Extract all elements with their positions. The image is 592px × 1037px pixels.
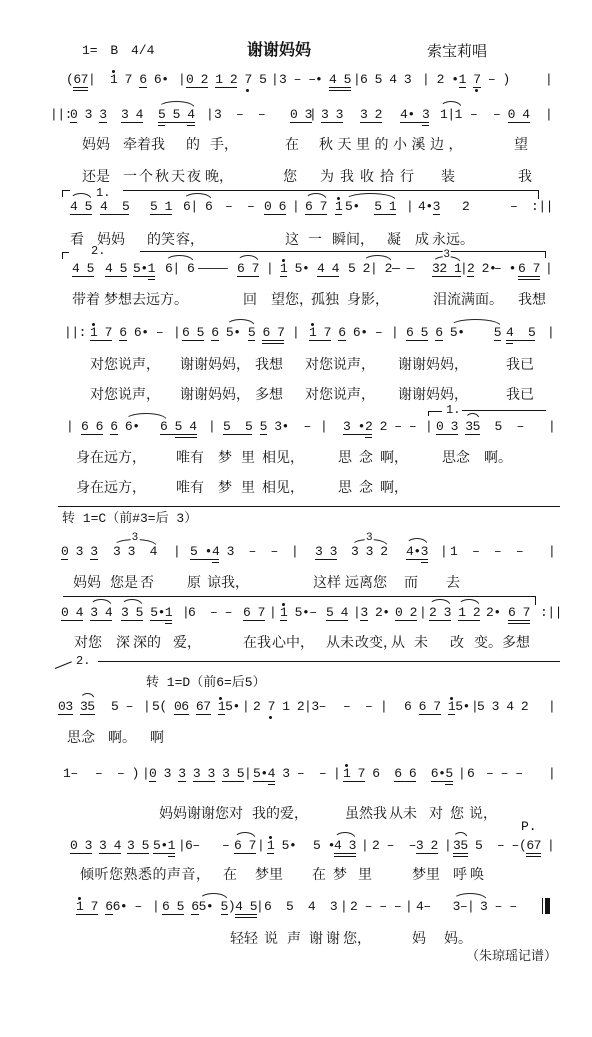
- triplet-label: 3: [442, 250, 451, 260]
- beam-underline: 1: [148, 261, 155, 280]
- high-octave-note: 1: [218, 699, 225, 714]
- high-octave-note: 1: [90, 325, 97, 340]
- lyric-text: 在: [312, 865, 326, 885]
- slur-arc: [234, 832, 256, 839]
- beam-underline: 0 6: [264, 199, 286, 215]
- beam-underline: 3: [422, 107, 429, 126]
- note-group: |: [548, 698, 555, 716]
- beam-underline: 0 3: [436, 419, 458, 435]
- note-group: 2: [462, 198, 469, 216]
- volta-hook: [428, 411, 442, 412]
- note-group: 5•4 3 – –: [253, 765, 326, 783]
- beam-underline: 1: [280, 605, 287, 621]
- note-group: |: [361, 837, 368, 855]
- note-group: 5 –: [111, 698, 133, 716]
- beam-underline: 1 7: [90, 325, 112, 341]
- note-group: –: [510, 198, 517, 216]
- beam-underline: 67: [73, 72, 88, 91]
- note-group: 4– 3–: [416, 898, 467, 916]
- note-group: :||: [540, 604, 562, 622]
- note-group: (67: [519, 837, 541, 855]
- lyric-text: 带着: [72, 290, 100, 310]
- note-group: 6 7: [508, 604, 530, 622]
- beam-underline: 3 2: [416, 838, 438, 854]
- slur-arc: [453, 893, 488, 900]
- beam-underline: 3 5: [127, 838, 149, 854]
- lyric-text: 妈妈: [73, 573, 101, 593]
- note-group: 0 3: [70, 837, 92, 855]
- note-group: |: [256, 898, 263, 916]
- beam-underline: 35: [465, 419, 480, 435]
- volta-line: [98, 661, 560, 662]
- beam-underline: 6 7: [243, 605, 265, 621]
- note-group: 5•1: [133, 260, 155, 278]
- beam-underline: 1: [168, 838, 175, 857]
- note-group: 03 35: [58, 698, 95, 716]
- volta-hook-tick: [62, 252, 63, 259]
- note-group: |: [292, 198, 299, 216]
- triplet-bracket: 3: [432, 256, 461, 263]
- lyric-text: 对: [429, 804, 443, 824]
- volta-hook: [55, 661, 72, 669]
- note-group: |: [391, 324, 398, 342]
- note-group: |: [271, 71, 278, 89]
- lyric-text: 而: [404, 573, 418, 593]
- lyric-text: 从: [391, 633, 405, 653]
- beam-underline: 6 5: [182, 325, 204, 341]
- note-group: |: [440, 543, 447, 561]
- note-group: 6 5 4 3: [360, 71, 411, 89]
- beam-underline: 4 4: [317, 261, 339, 277]
- note-group: – –: [343, 698, 372, 716]
- lyric-text: 我已: [506, 385, 534, 405]
- lyric-text: 还是: [82, 167, 110, 187]
- beam-underline: 6 5 4: [160, 419, 197, 435]
- note-group: |: [425, 418, 432, 436]
- lyric-text: 说，: [469, 804, 497, 824]
- beam-underline: 3 3: [193, 766, 215, 782]
- note-group: 5( 06 67 15•: [152, 698, 240, 716]
- low-octave-note: 7: [268, 699, 275, 714]
- lyric-text: 我已: [506, 355, 534, 375]
- lyric-text: 里: [358, 865, 372, 885]
- note-group: |: [291, 543, 298, 561]
- beam-underline: 1: [267, 838, 274, 854]
- note-group: 0 4 3 4: [61, 604, 112, 622]
- beam-underline: 6 7: [508, 605, 530, 621]
- slur-arc: [158, 101, 195, 108]
- lyric-text: 望: [514, 135, 528, 155]
- note-group: 6 6 7 15•: [404, 698, 470, 716]
- lyric-text: 一: [308, 230, 322, 250]
- key-signature: 1= B 4/4: [82, 42, 154, 60]
- lyric-text: 念: [359, 478, 373, 498]
- transcriber-credit: （朱琼瑶记谱）: [466, 948, 557, 966]
- note-group: |: [66, 418, 73, 436]
- beam-underline: 5•4: [253, 766, 275, 782]
- lyric-text: 梦: [218, 448, 232, 468]
- beam-underline: 0 2: [186, 72, 208, 88]
- note-group: 5 •: [313, 837, 335, 855]
- note-group: 6 7: [518, 260, 540, 278]
- note-group: |: [405, 898, 412, 916]
- lyric-text: 多想: [255, 385, 283, 405]
- lyric-text: 对您说声，: [305, 385, 375, 405]
- beam-underline: 67: [73, 72, 88, 88]
- beam-underline: 5: [248, 325, 255, 341]
- beam-underline: 6: [110, 419, 117, 435]
- lyric-text: 成: [415, 230, 429, 250]
- lyric-text: 倾听您熟悉的声音，: [80, 865, 211, 885]
- beam-underline: 6 7: [508, 605, 530, 624]
- lyric-text: 念: [359, 448, 373, 468]
- lyric-text: 对您说声，: [90, 385, 160, 405]
- note-group: |: [309, 106, 316, 124]
- note-group: :||: [531, 198, 553, 216]
- lyric-text: 对您: [74, 633, 102, 653]
- beam-underline: 5: [494, 325, 501, 341]
- beam-underline: 2 3: [429, 605, 451, 621]
- note-group: 1|1: [440, 106, 462, 124]
- note-group: |: [548, 765, 555, 783]
- lyric-text: 心中，: [272, 633, 314, 653]
- lyric-text: 说: [264, 929, 278, 949]
- lyric-text: 远离您: [345, 573, 387, 593]
- lyric-text: 轻轻: [230, 929, 258, 949]
- note-group: 6 5 6 5• 5: [406, 324, 501, 342]
- note-group: 35 5 – –: [453, 837, 519, 855]
- lyric-text: 啊，: [380, 448, 408, 468]
- note-group: |: [244, 765, 251, 783]
- note-group: 5 4: [326, 604, 348, 622]
- lyric-text: 这样: [313, 573, 341, 593]
- beam-underline: 3 5: [222, 766, 244, 782]
- note-group: 3 •2 2 – –: [343, 418, 416, 436]
- note-group: |: [269, 604, 276, 622]
- volta-line: [63, 596, 535, 597]
- note-group: 0 6: [264, 198, 286, 216]
- note-group: — —: [392, 260, 414, 278]
- lyric-text: 谢谢妈妈，: [180, 355, 250, 375]
- note-group: |: [143, 698, 150, 716]
- note-group: 0 2: [395, 604, 417, 622]
- note-group: 4 4: [317, 260, 339, 278]
- beam-underline: 4 5: [329, 72, 351, 88]
- note-group: – – ): [95, 765, 139, 783]
- lyric-text: 望您，: [271, 290, 313, 310]
- beam-underline: 3: [99, 107, 106, 123]
- beam-underline: 3: [360, 605, 367, 621]
- beam-underline: 1 7: [309, 325, 331, 341]
- lyric-text: 身在远方，: [76, 448, 146, 468]
- note-group: |: [380, 698, 387, 716]
- note-group: •: [315, 71, 322, 89]
- lyric-text: 在: [223, 865, 237, 885]
- beam-underline: 6 7: [518, 261, 540, 280]
- beam-underline: 1 7: [76, 899, 98, 915]
- beam-underline: 03: [58, 699, 73, 715]
- note-group: 3 – –: [480, 898, 517, 916]
- note-group: 6 7: [234, 837, 256, 855]
- lyric-text: 在我: [243, 633, 271, 653]
- lyric-text: 虽然我: [345, 804, 387, 824]
- note-group: 4 5: [506, 324, 535, 342]
- lyric-text: 深: [116, 633, 130, 653]
- lyric-text: 呼唤: [453, 865, 487, 885]
- beam-underline: 1: [218, 699, 225, 715]
- beam-underline: 5 4: [326, 605, 348, 621]
- beam-underline: 3: [421, 544, 428, 563]
- note-group: 2•: [486, 604, 501, 622]
- lyric-text: 从未: [389, 804, 417, 824]
- note-group: |: [292, 324, 299, 342]
- beam-underline: 3 4: [99, 838, 121, 854]
- slur-arc: [453, 832, 468, 839]
- note-group: 2 – – –: [350, 898, 401, 916]
- beam-underline: 67: [526, 838, 541, 857]
- beam-underline: 6•5: [431, 766, 453, 782]
- slur-arc: [121, 599, 143, 606]
- note-group: |: [419, 604, 426, 622]
- volta-line: [123, 190, 538, 191]
- lyric-text: 谢谢妈妈，: [180, 385, 250, 405]
- lyric-text: 未: [414, 633, 428, 653]
- beam-underline: 0: [149, 766, 156, 782]
- note-group: 6 7: [243, 604, 265, 622]
- note-group: |: [545, 260, 552, 278]
- note-group: 5• 5 1: [345, 198, 396, 216]
- note-group: 2 7 1 2: [253, 698, 304, 716]
- beam-underline: 4 3: [334, 838, 356, 857]
- slur-arc: [345, 193, 396, 200]
- note-group: |3–: [304, 698, 326, 716]
- slur-arc: [458, 599, 480, 606]
- lyric-text: 梦里: [255, 865, 283, 885]
- note-group: 5 3 4 2: [477, 698, 528, 716]
- lyric-text: 看: [70, 230, 84, 250]
- beam-underline: 5•1: [150, 605, 172, 621]
- lyric-text: 的笑: [147, 230, 175, 250]
- lyric-text: 回: [243, 290, 257, 310]
- note-group: |: [444, 837, 451, 855]
- note-group: –: [470, 106, 477, 124]
- lyric-text: 去: [446, 573, 460, 593]
- note-group: |: [320, 418, 327, 436]
- volta-end-tick: [535, 596, 536, 605]
- beam-underline: 1 2: [215, 72, 237, 88]
- beam-underline: 1: [335, 199, 342, 215]
- lyric-text: 唯有: [176, 448, 204, 468]
- beam-underline: 06: [174, 699, 189, 715]
- note-group: 6: [467, 765, 474, 783]
- note-group: |: [333, 765, 340, 783]
- high-octave-note: 1: [76, 899, 83, 914]
- beam-underline: 2: [365, 419, 372, 438]
- beam-underline: 7: [473, 72, 480, 88]
- beam-underline: 5: [221, 899, 228, 915]
- beam-underline: 0 3: [70, 838, 92, 854]
- lyric-text: 为我收拾行: [320, 167, 420, 187]
- note-group: |: [206, 106, 213, 124]
- note-group: 0 3 35 5 –: [436, 418, 524, 436]
- lyric-text: 改: [450, 633, 464, 653]
- beam-underline: 5•1: [133, 261, 155, 277]
- note-group: 6 5 65• 5)4 5: [162, 898, 257, 916]
- lyric-text: 我想: [255, 355, 283, 375]
- beam-underline: 4 5: [329, 72, 351, 91]
- beam-underline: 0: [70, 107, 77, 123]
- slur-arc: [363, 255, 392, 262]
- beam-underline: 4 5: [105, 261, 127, 277]
- note-group: 6 7: [237, 260, 259, 278]
- key-change-c: 转 1=C（前#3=后 3）: [62, 510, 197, 528]
- beam-underline: 3 5: [121, 605, 143, 621]
- note-group: |: [547, 837, 554, 855]
- performer-credit: 索宝莉唱: [427, 42, 487, 60]
- note-group: 0 3 3: [70, 106, 107, 124]
- note-group: 4•3: [418, 198, 440, 216]
- song-title: 谢谢妈妈: [247, 41, 311, 59]
- lyric-text: 一个秋天夜: [123, 167, 203, 187]
- note-group: 6| 6: [183, 198, 212, 216]
- beam-underline: 3 3: [321, 107, 343, 123]
- lyric-text: 妈。: [444, 929, 472, 949]
- beam-underline: 1: [165, 605, 172, 624]
- lyric-text: 装: [441, 167, 455, 187]
- beam-underline: 4: [506, 325, 513, 344]
- lyric-text: 相见，: [262, 478, 304, 498]
- lyric-text: 爱，: [173, 633, 201, 653]
- triplet-label: 3: [131, 533, 140, 543]
- lyric-text: 在: [285, 135, 299, 155]
- dynamic-mark: P.: [521, 818, 537, 836]
- slur-arc: [80, 693, 95, 700]
- note-group: 3 4: [121, 106, 143, 124]
- beam-underline: 6: [119, 325, 126, 341]
- lyric-text: 的: [186, 135, 200, 155]
- beam-underline: 6 6: [394, 766, 416, 782]
- note-group: 6 6 6 6•: [81, 418, 140, 436]
- beam-underline: 3 4: [121, 107, 143, 123]
- beam-underline: 5 1: [150, 199, 172, 215]
- beam-underline: 35: [453, 838, 468, 854]
- lyric-text: 声: [287, 929, 301, 949]
- note-group: 3 2: [360, 106, 382, 124]
- beam-underline: 4 5: [235, 899, 257, 915]
- lyric-text: 身影，: [347, 290, 389, 310]
- lyric-text: 我: [518, 167, 532, 187]
- lyric-text: 梦: [218, 478, 232, 498]
- volta-hook: [62, 190, 70, 191]
- note-group: ————: [198, 260, 227, 278]
- lyric-text: 对您说声，: [90, 355, 160, 375]
- note-group: |3 2•: [353, 604, 390, 622]
- beam-underline: 2: [467, 261, 474, 277]
- lyric-text: 里: [241, 478, 255, 498]
- note-group: 6| 6: [165, 260, 194, 278]
- high-octave-note: 1: [280, 605, 287, 620]
- lyric-text: 思: [338, 448, 352, 468]
- beam-underline: 1: [280, 261, 287, 277]
- final-barline: [542, 898, 551, 914]
- note-group: 5 •4 3 – –: [190, 543, 278, 561]
- note-group: 4 5: [70, 198, 92, 216]
- volta-end-tick: [545, 251, 546, 258]
- note-group: 1 7 6 6•: [110, 71, 169, 89]
- high-octave-note: 1: [448, 699, 455, 714]
- note-group: 0 3 3: [61, 543, 98, 561]
- note-group: |: [548, 543, 555, 561]
- note-group: |: [242, 698, 249, 716]
- beam-underline: 1: [448, 699, 455, 715]
- beam-underline: 5 4: [175, 419, 197, 438]
- lyric-text: 手，: [210, 135, 238, 155]
- volta-label: 1.: [96, 187, 110, 199]
- volta-label: 2.: [76, 655, 90, 667]
- note-group: 4 5: [72, 260, 94, 278]
- lyric-text: 思念: [67, 728, 95, 748]
- beam-underline: 5 •4: [190, 544, 219, 560]
- lyric-text: 您，: [343, 929, 371, 949]
- note-group: (67|: [66, 71, 95, 89]
- lyric-text: 思: [338, 478, 352, 498]
- note-group: 6–: [185, 837, 200, 855]
- lyric-text: 这: [285, 230, 299, 250]
- note-group: 1 7 66• –: [76, 898, 142, 916]
- beam-underline: 3: [90, 544, 97, 560]
- triplet-label: 3: [365, 533, 374, 543]
- high-octave-note: 1: [267, 838, 274, 853]
- beam-underline: 0 4: [61, 605, 83, 621]
- low-octave-note: 7: [245, 72, 252, 87]
- note-group: 5 5 5 3• –: [223, 418, 311, 436]
- note-group: 6 5 6 5• 5 6 7: [182, 324, 284, 342]
- note-group: – – –: [486, 765, 523, 783]
- slur-arc: [183, 193, 212, 200]
- note-group: |: [406, 198, 413, 216]
- lyric-text: 秋天里的小溪边，: [319, 135, 467, 155]
- beam-underline: 67: [526, 838, 541, 854]
- lyric-text: 对您说声，: [305, 355, 375, 375]
- beam-underline: 6: [191, 899, 198, 915]
- note-group: 4• 3: [400, 106, 429, 124]
- lyric-text: 瞬间，: [332, 230, 374, 250]
- beam-underline: 4•3: [406, 544, 428, 560]
- lyric-text: 妈妈: [82, 135, 110, 155]
- note-group: 6 5 4 3: [264, 898, 337, 916]
- slur-arc: [70, 193, 92, 200]
- note-group: –: [222, 837, 229, 855]
- note-group: 1 5•: [280, 260, 309, 278]
- key-change-d: 转 1=D（前6=后5）: [146, 674, 266, 692]
- low-octave-note: 7: [473, 72, 480, 87]
- beam-underline: 32 1: [432, 261, 461, 277]
- beam-underline: 1 7: [343, 766, 365, 782]
- beam-underline: 0 4: [508, 107, 530, 123]
- beam-underline: 4 3: [334, 838, 356, 854]
- beam-underline: 6: [139, 72, 146, 88]
- note-group: 3 5: [127, 837, 149, 855]
- beam-underline: 3 •2: [343, 419, 372, 435]
- lyric-text: 深的: [133, 633, 161, 653]
- beam-underline: 6: [105, 899, 112, 915]
- note-group: 6 7: [305, 198, 327, 216]
- slur-arc: [90, 599, 112, 606]
- lyric-text: 您: [283, 167, 297, 187]
- lyric-text: 谢谢妈妈，: [398, 385, 468, 405]
- lyric-text: 原: [187, 573, 201, 593]
- beam-underline: 35: [80, 699, 95, 715]
